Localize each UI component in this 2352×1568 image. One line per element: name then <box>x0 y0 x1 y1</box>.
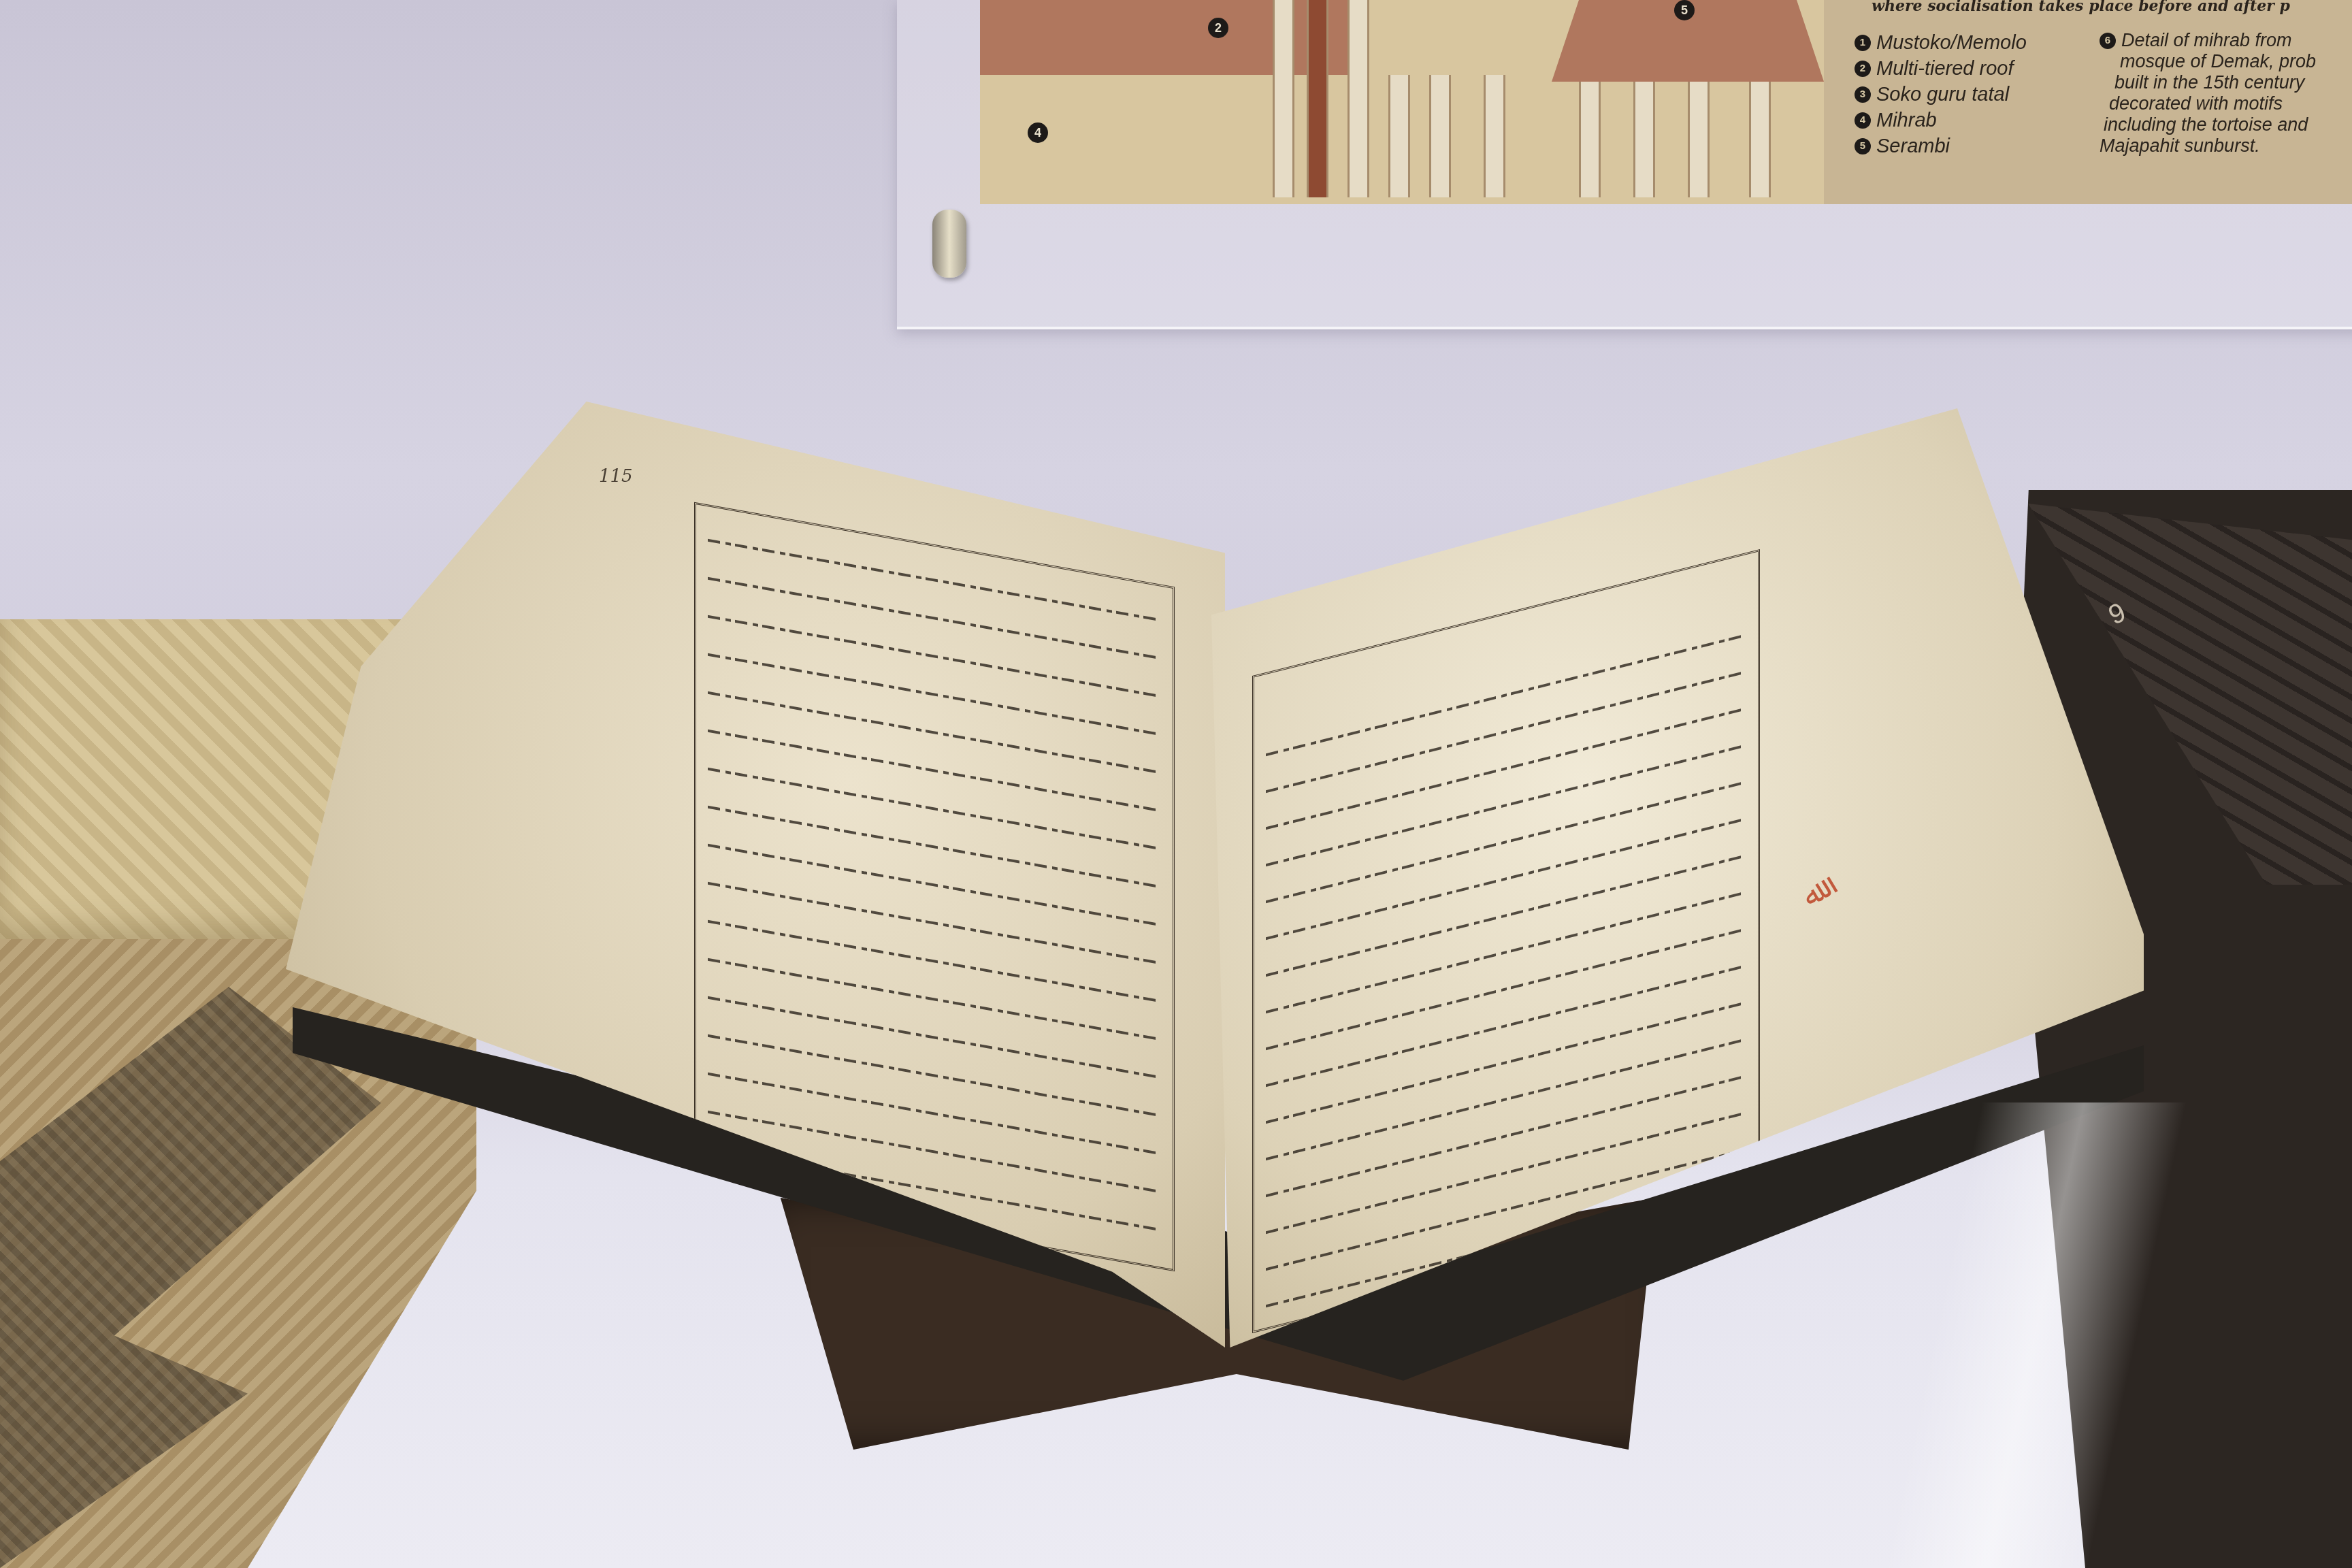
note-line: Detail of mihrab from <box>2121 30 2292 51</box>
legend-number: 4 <box>1855 112 1871 129</box>
diagram-number: 4 <box>1028 122 1048 143</box>
legend-item: 1Mustoko/Memolo <box>1855 30 2100 56</box>
panel-legend: where socialisation takes place before a… <box>1834 0 2351 204</box>
pillar <box>1633 82 1655 197</box>
legend-item: 4Mihrab <box>1855 108 2100 133</box>
note-line: decorated with motifs <box>2100 93 2316 114</box>
legend-label: Soko guru tatal <box>1876 82 2009 108</box>
diagram-number: 2 <box>1208 18 1228 38</box>
info-poster: 2 4 5 where socialisation takes place be… <box>980 0 2352 204</box>
legend-item: 3Soko guru tatal <box>1855 82 2100 108</box>
legend-number: 3 <box>1855 86 1871 103</box>
pillar <box>1388 75 1410 197</box>
pillar <box>1347 0 1369 197</box>
legend-label: Mihrab <box>1876 108 1937 133</box>
roof-tier <box>980 0 1361 75</box>
folio-number: 114 <box>1661 453 1695 473</box>
legend-item: 2Multi-tiered roof <box>1855 56 2100 82</box>
note-line: built in the 15th century <box>2100 72 2316 93</box>
pillar <box>1429 75 1451 197</box>
mihrab-note: 6Detail of mihrab from mosque of Demak, … <box>2100 30 2316 159</box>
pillar <box>1579 82 1601 197</box>
legend-item: 5Serambi <box>1855 133 2100 159</box>
legend-label: Multi-tiered roof <box>1876 56 2013 82</box>
pillar <box>1273 0 1294 197</box>
mosque-illustration: 2 4 5 <box>980 0 1824 204</box>
legend-number: 2 <box>1855 61 1871 77</box>
pillar <box>1484 75 1505 197</box>
pillar <box>1749 82 1771 197</box>
legend-label: Mustoko/Memolo <box>1876 30 2027 56</box>
pillar <box>1688 82 1710 197</box>
note-line: mosque of Demak, prob <box>2100 51 2316 72</box>
folio-number: 115 <box>599 466 633 487</box>
standoff-pin <box>932 210 966 278</box>
panel-caption: where socialisation takes place before a… <box>1872 0 2351 15</box>
legend-label: Serambi <box>1876 133 1950 159</box>
note-line: Majapahit sunburst. <box>2100 135 2316 157</box>
note-line: including the tortoise and <box>2100 114 2316 135</box>
legend-number: 1 <box>1855 35 1871 51</box>
legend-number: 5 <box>1855 138 1871 154</box>
diagram-number: 5 <box>1674 0 1695 20</box>
soko-guru-pillar <box>1307 0 1328 197</box>
legend-number: 6 <box>2100 33 2116 49</box>
